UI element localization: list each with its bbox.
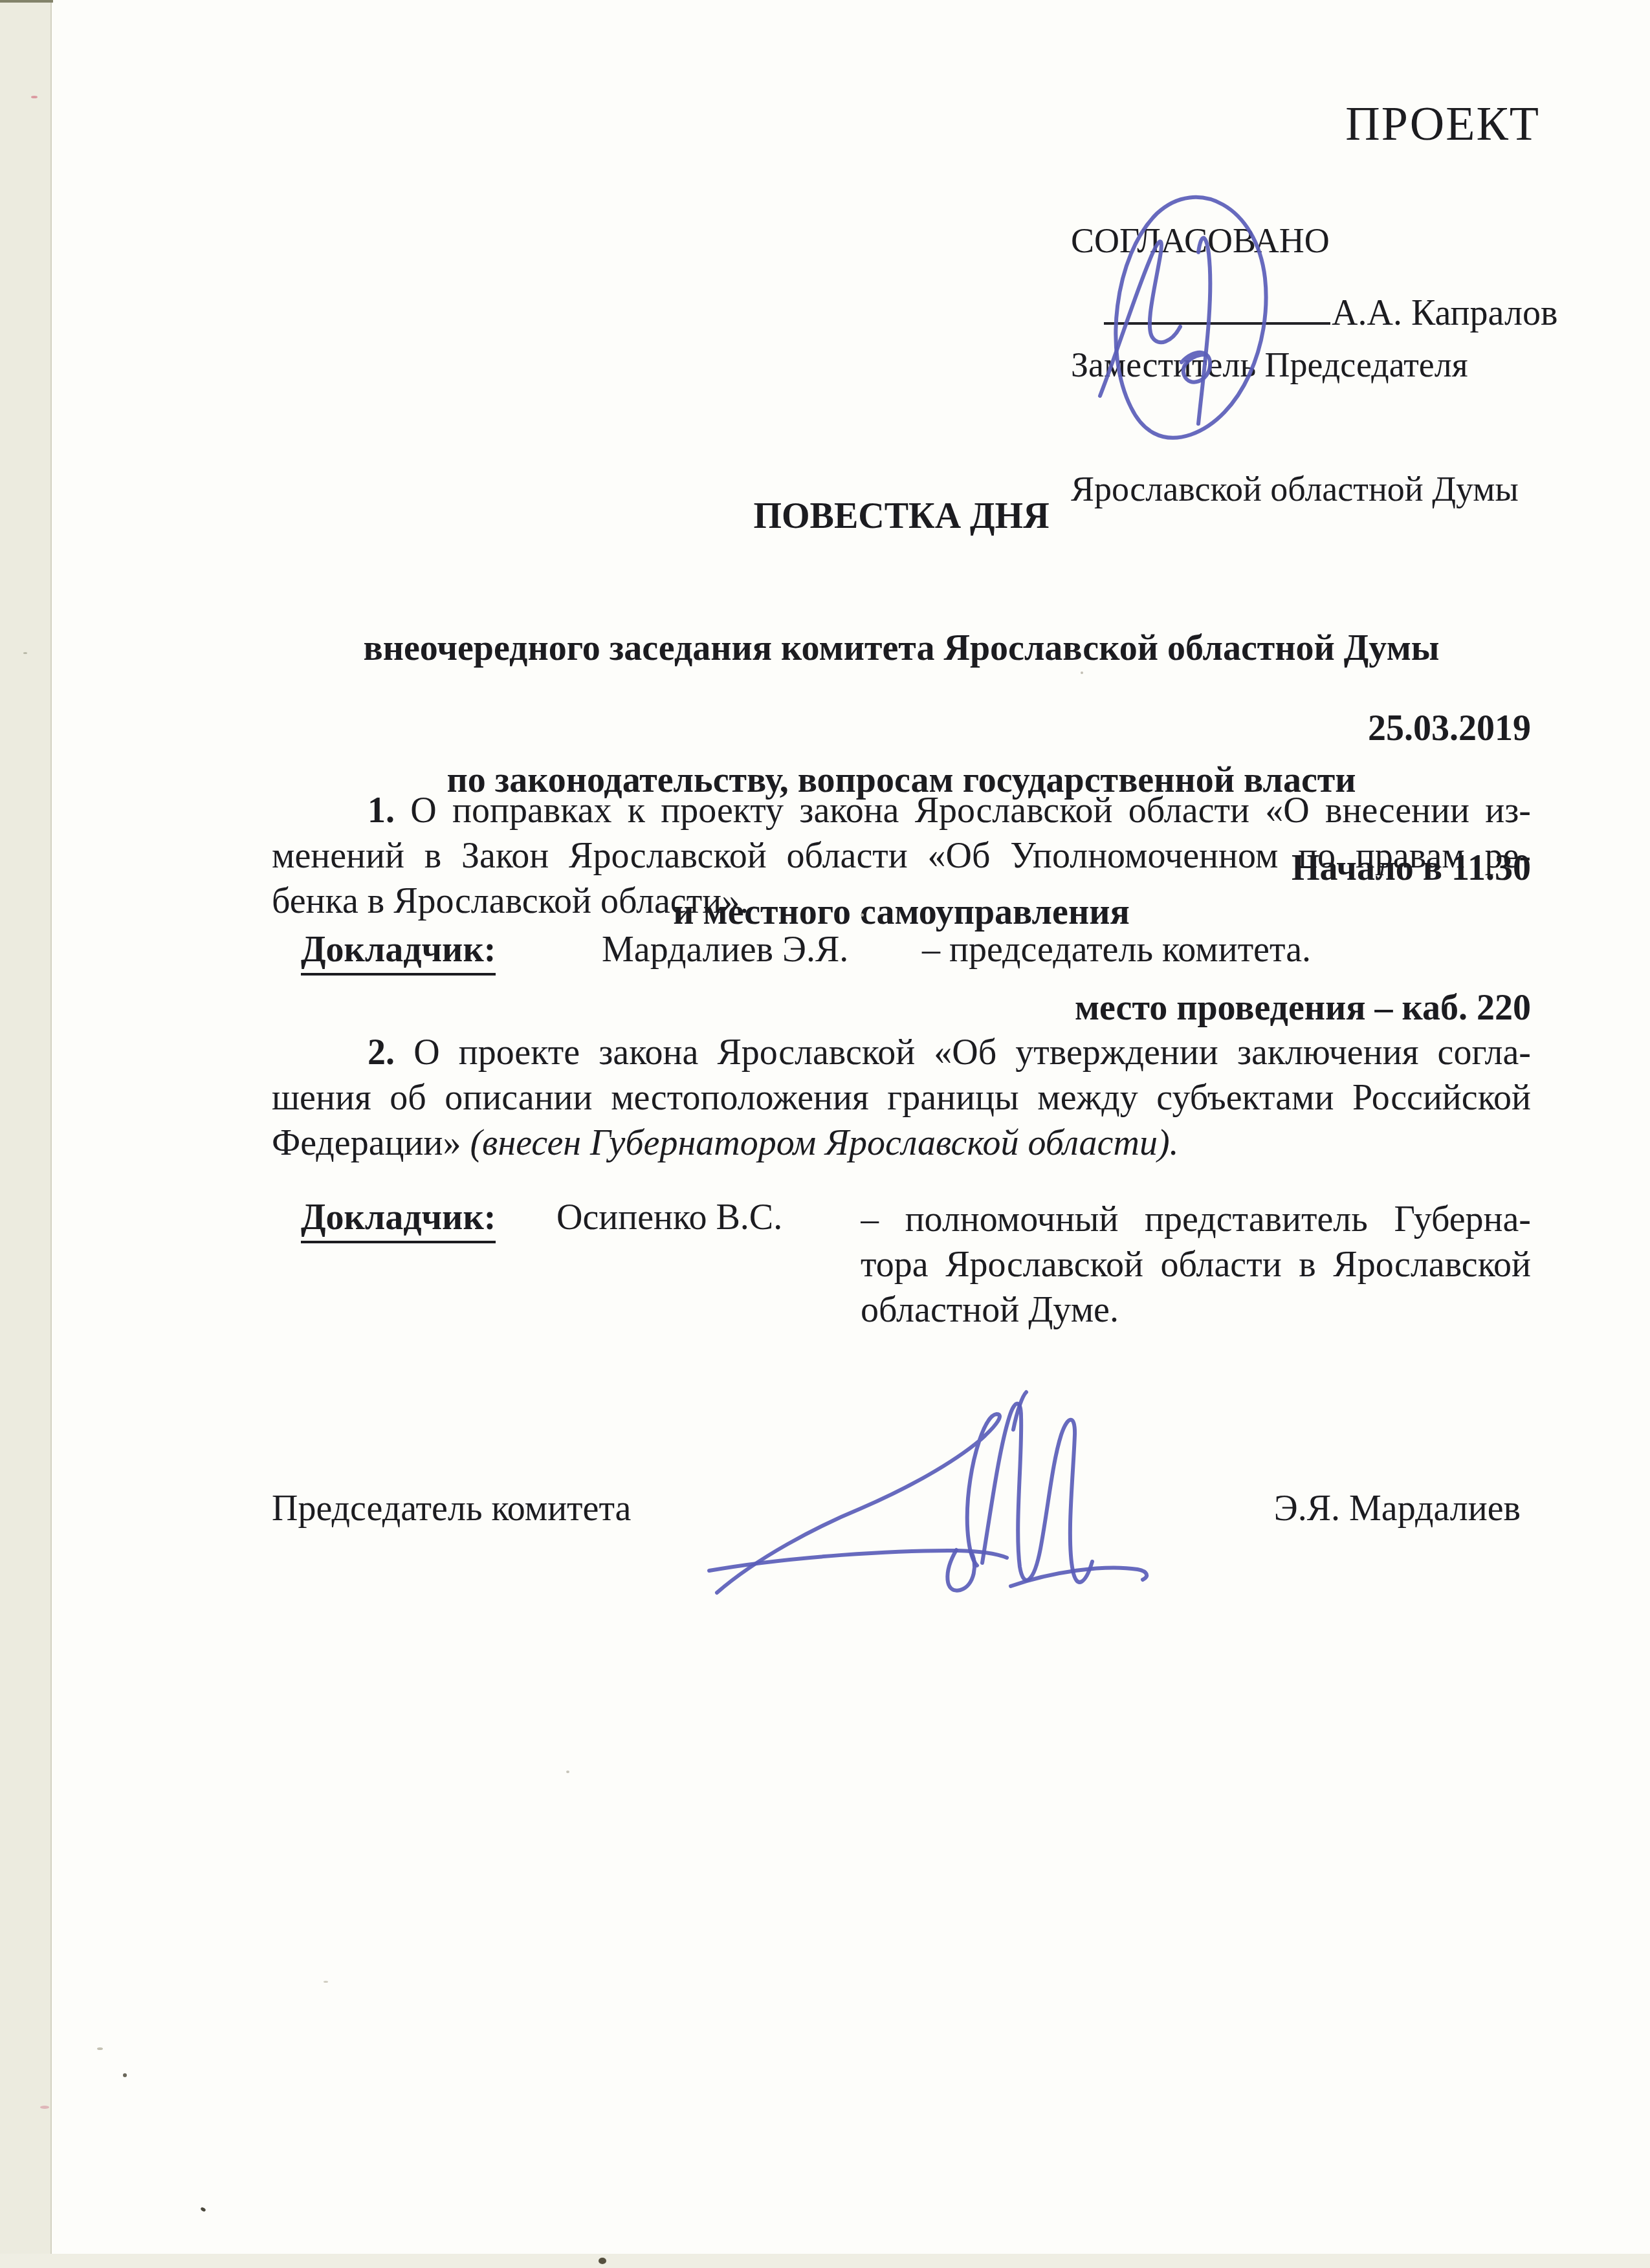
document-page: ПРОЕКТ СОГЛАСОВАНО Заместитель Председат… <box>0 0 1650 2268</box>
scan-edge-bottom <box>0 2254 1650 2268</box>
agenda-item-1-line1: 1. О поправках к проекту закона Ярославс… <box>272 788 1531 833</box>
agenda-item-2: 2. О проекте закона Ярославской «Об утве… <box>272 1030 1531 1166</box>
speaker2-role: – полномочный представитель Губерна- тор… <box>861 1197 1531 1333</box>
speaker1-label: Докладчик: <box>301 929 496 976</box>
ink-speck <box>599 2258 606 2264</box>
agenda-item-1-line2: менений в Закон Ярославской области «Об … <box>272 833 1531 878</box>
ink-speck <box>324 1981 328 1983</box>
scan-edge-left <box>0 0 52 2268</box>
signature-line <box>1104 294 1330 325</box>
speaker1-name: Мардалиев Э.Я. <box>602 929 848 970</box>
ink-speck <box>31 96 38 98</box>
ink-speck <box>1081 671 1083 674</box>
approval-signature-row: А.А. Капралов <box>1068 251 1557 375</box>
ink-speck <box>200 2207 206 2212</box>
speaker1-role: – председатель комитета. <box>922 929 1311 970</box>
agenda-item-2-line1: 2. О проекте закона Ярославской «Об утве… <box>272 1030 1531 1075</box>
meeting-date: 25.03.2019 <box>884 705 1531 752</box>
ink-speck <box>97 2047 103 2050</box>
speaker2-label: Докладчик: <box>301 1197 496 1243</box>
footer-position: Председатель комитета <box>272 1488 631 1529</box>
footer-signer-name: Э.Я. Мардалиев <box>1197 1488 1521 1529</box>
speaker2-role-line1: – полномочный представитель Губерна- <box>861 1197 1531 1242</box>
signature-mardaliev-ink <box>699 1384 1165 1611</box>
agenda-item-2-number: 2. <box>368 1032 395 1073</box>
ink-speck <box>861 913 864 917</box>
agenda-item-1-line3: бенка в Ярославской области». <box>272 878 1531 924</box>
ink-speck <box>566 1771 569 1773</box>
doc-title: ПОВЕСТКА ДНЯ <box>272 494 1531 538</box>
ink-speck <box>40 2106 49 2109</box>
agenda-item-1-number: 1. <box>368 791 395 831</box>
agenda-item-2-line3-italic: (внесен Губернатором Ярославской области… <box>470 1123 1178 1163</box>
agenda-item-1: 1. О поправках к проекту закона Ярославс… <box>272 788 1531 924</box>
agenda-item-2-line3: Федерации» (внесен Губернатором Ярославс… <box>272 1120 1531 1166</box>
speaker2-role-line3: областной Думе. <box>861 1287 1531 1333</box>
approval-signer-name: А.А. Капралов <box>1332 293 1557 333</box>
speaker2-name: Осипенко В.С. <box>556 1197 782 1238</box>
meeting-place: место проведения – каб. 220 <box>884 985 1531 1031</box>
ink-speck <box>123 2073 127 2077</box>
ink-speck <box>23 652 27 654</box>
scan-edge-top <box>0 0 53 3</box>
agenda-item-2-line2: шения об описании местоположения границы… <box>272 1075 1531 1120</box>
speaker2-role-line2: тора Ярославской области в Ярославской <box>861 1242 1531 1287</box>
